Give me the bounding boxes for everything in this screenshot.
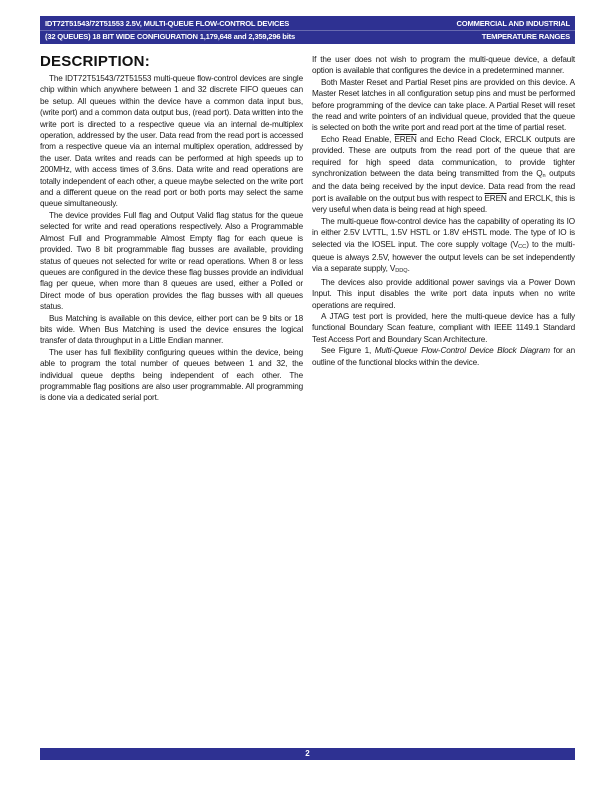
text-segment: See Figure 1, [321, 346, 375, 355]
paragraph: Both Master Reset and Partial Reset pins… [312, 77, 575, 134]
paragraph: Bus Matching is available on this device… [40, 313, 303, 347]
text-segment: The user has full flexibility configurin… [40, 348, 303, 403]
paragraph: If the user does not wish to program the… [312, 54, 575, 77]
header-range-line2: TEMPERATURE RANGES [456, 31, 570, 42]
header-range-line1: COMMERCIAL AND INDUSTRIAL [456, 18, 570, 29]
text-segment-sub: n [542, 173, 545, 179]
header-range-block: COMMERCIAL AND INDUSTRIAL TEMPERATURE RA… [456, 18, 570, 42]
text-segment-overline: EREN [394, 135, 416, 144]
right-column: If the user does not wish to program the… [312, 54, 575, 404]
text-segment-italic: Multi-Queue Flow-Control Device Block Di… [375, 346, 550, 355]
footer-band: 2 [40, 748, 575, 760]
paragraph: Echo Read Enable, EREN and Echo Read Clo… [312, 134, 575, 216]
text-segment: The IDT72T51543/72T51553 multi-queue flo… [40, 74, 303, 208]
paragraph: See Figure 1, Multi-Queue Flow-Control D… [312, 345, 575, 368]
text-segment: If the user does not wish to program the… [312, 55, 575, 75]
header-device-title: IDT72T51543/72T51553 2.5V, MULTI-QUEUE F… [45, 18, 295, 29]
datasheet-page: IDT72T51543/72T51553 2.5V, MULTI-QUEUE F… [0, 0, 612, 792]
left-column-paragraphs: The IDT72T51543/72T51553 multi-queue flo… [40, 73, 303, 404]
text-segment: A JTAG test port is provided, here the m… [312, 312, 575, 344]
text-segment: Echo Read Enable, [321, 135, 394, 144]
text-segment-overline: EREN [485, 194, 507, 203]
paragraph: The devices also provide additional powe… [312, 277, 575, 311]
left-column: DESCRIPTION: The IDT72T51543/72T51553 mu… [40, 54, 303, 404]
section-heading: DESCRIPTION: [40, 54, 303, 70]
header-band: IDT72T51543/72T51553 2.5V, MULTI-QUEUE F… [40, 16, 575, 44]
right-column-paragraphs: If the user does not wish to program the… [312, 54, 575, 368]
page-number: 2 [305, 748, 309, 760]
header-device-subtitle: (32 QUEUES) 18 BIT WIDE CONFIGURATION 1,… [45, 31, 295, 42]
header-title-block: IDT72T51543/72T51553 2.5V, MULTI-QUEUE F… [45, 18, 295, 42]
paragraph: The user has full flexibility configurin… [40, 347, 303, 404]
paragraph: The IDT72T51543/72T51553 multi-queue flo… [40, 73, 303, 210]
text-segment: The devices also provide additional powe… [312, 278, 575, 310]
description-section: DESCRIPTION: The IDT72T51543/72T51553 mu… [40, 54, 575, 404]
text-segment-sub: DDQ [395, 268, 407, 274]
paragraph: The device provides Full flag and Output… [40, 210, 303, 313]
text-segment-sub: CC [518, 244, 526, 250]
paragraph: A JTAG test port is provided, here the m… [312, 311, 575, 345]
text-segment: The device provides Full flag and Output… [40, 211, 303, 311]
text-segment: Both Master Reset and Partial Reset pins… [312, 78, 575, 133]
text-segment: Bus Matching is available on this device… [40, 314, 303, 346]
paragraph: The multi-queue flow-control device has … [312, 216, 575, 277]
